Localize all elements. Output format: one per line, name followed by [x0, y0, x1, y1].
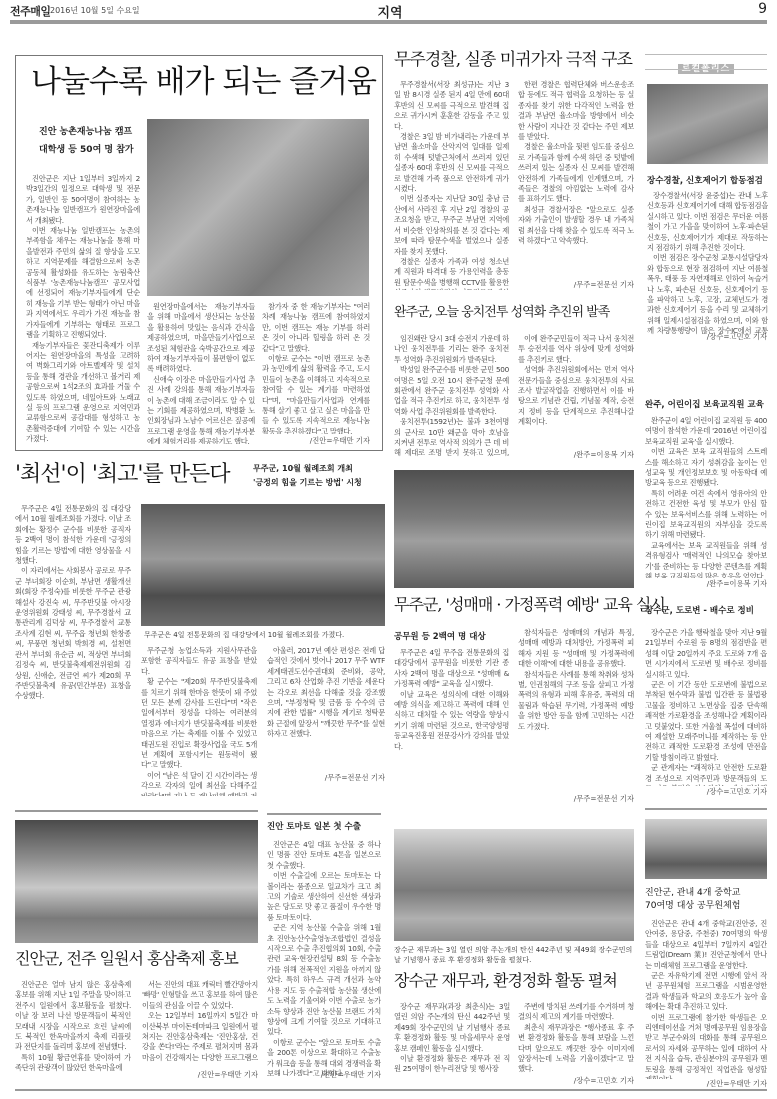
assembly-photo — [141, 504, 385, 626]
column-2: 이에 완주군민들이 적극 나서 웅치전투 승전지를 역사 위상에 맞게 성역화를… — [518, 334, 634, 449]
column-3: 참가자 중 한 재능기부자는 "여러 차례 재능나눔 캠프에 참여하였지만, 이… — [262, 302, 370, 434]
byline: /무주=전문선 기자 — [574, 794, 634, 804]
classroom-photo — [645, 819, 767, 879]
article-prevention: 무주군, '성매매 · 가정폭력 예방' 교육 실시 공무원 등 2백여 명 대… — [394, 594, 634, 809]
headline: 70여명 대상 공무원체험 — [645, 900, 767, 913]
body: 진안군은 4일 대표 농산물 중 하나인 명품 진안 토마토 4톤을 일본으로 … — [267, 840, 381, 1076]
headline: 완주군, 오늘 웅치전투 성역화 추진위 발족 — [394, 304, 634, 322]
byline: /완주=이용복 기자 — [707, 579, 767, 589]
article-childcare: 완주, 어린이집 보육교직원 교육 완주군이 4일 어린이집 교직원 등 400… — [645, 398, 767, 588]
headline: 나눌수록 배가 되는 즐거움 — [31, 62, 376, 102]
column-1: 무주군은 4일 전통문화의 집 대강당에서 10월 월례조회를 가졌다. 이날 … — [15, 504, 131, 779]
subhead: '긍정의 힘을 기르는 방법' 시청 — [253, 477, 362, 488]
issue-date: 2016년 10월 5일 수요일 — [50, 5, 140, 16]
subhead: 공무원 등 2백여 명 대상 — [394, 630, 486, 642]
column-2: 무주군청 농업소득과 지원사무관을 포함한 공직자들도 유공 표창을 받았다. … — [141, 646, 257, 796]
article-middle-school: 진안군, 관내 4개 중학교 70여명 대상 공무원체험 진안군은 관내 4개 … — [645, 887, 767, 1092]
byline: /완주=이용복 기자 — [574, 450, 634, 460]
article-tomato: 진안 토마토 일본 첫 수출 진안군은 4일 대표 농산물 중 하나인 명품 진… — [267, 820, 381, 1090]
column-3: 아울러, 2017년 예산 편성은 전례 답습적인 것에서 벗어나 2017 무… — [267, 646, 385, 771]
subhead: 대학생 등 50여 명 참가 — [39, 142, 134, 155]
column-1: 임진왜란 당시 3대 승전지 가운데 하나인 웅치전투를 기리는 완주 웅치전투… — [394, 334, 509, 459]
article-drainage: 장수군, 도로변 - 배수로 정비 장수군은 가을 행락철을 맞아 지난 9월 … — [645, 604, 767, 804]
column-1: 진안군은 지난 1일부터 3일까지 2박3일간의 일정으로 대학생 및 전문가,… — [26, 174, 140, 444]
page-number: 9 — [758, 1, 767, 17]
column-2: 주변에 방치된 쓰레기를 수거하며 청결의식 제고의 계기를 마련했다. 최춘식… — [518, 1002, 634, 1074]
local-police-photo — [647, 84, 768, 164]
headline: 장수군 재무과, 환경정화 활동 펼쳐 — [394, 970, 634, 992]
column-2: 원연장마을에서는 재능기부자들을 위해 마을에서 생산되는 농산물을 활용하여 … — [147, 302, 255, 444]
photo-caption: 장수군 재무과는 3일 열린 의암 주논개의 탄신 442주년 및 제49회 장… — [394, 945, 634, 965]
column-1: 무주군은 4일 무주읍 전통문화의 집 대강당에서 공무원을 비롯한 기관 종사… — [394, 648, 509, 803]
headline: 진안 토마토 일본 첫 수출 — [267, 820, 381, 832]
headline: 진안군, 관내 4개 중학교 — [645, 887, 767, 900]
subhead: 무주군, 10월 월례조회 개최 — [253, 463, 353, 474]
subhead: 진안 농촌재능나눔 캠프 — [39, 124, 132, 137]
article-camp: 나눌수록 배가 되는 즐거움 진안 농촌재능나눔 캠프 대학생 등 50여 명 … — [15, 55, 383, 451]
column-2: 한편 경찰은 협력단체와 버스운송조합 등에도 적극 협력을 요청하는 등 실종… — [518, 80, 634, 275]
bottom-rule — [15, 1089, 767, 1091]
masthead-rule — [10, 20, 767, 24]
photo-caption: 무주군은 4일 전통문화의 집 대강당에서 10월 월례조회를 가졌다. — [144, 630, 344, 640]
article-wanju-battle: 완주군, 오늘 웅치전투 성역화 추진위 발족 임진왜란 당시 3대 승전지 가… — [394, 304, 634, 464]
divider — [267, 813, 381, 815]
body: 진안군은 관내 4개 중학교(진안중, 진안여중, 용담중, 주천중) 70여명… — [645, 919, 767, 1079]
divider — [645, 808, 767, 810]
masthead: 전주매일 2016년 10월 5일 수요일 지역 9 — [10, 0, 767, 18]
paper-name: 전주매일 — [10, 3, 51, 19]
headline: 장수군, 도로변 - 배수로 정비 — [645, 604, 767, 616]
headline: 장수경찰, 신호제어기 합동점검 — [647, 174, 763, 186]
headline: '최선'이 '최고'를 만든다 — [15, 460, 229, 490]
column-1: 진안군은 얼마 남지 않은 홍삼축제 홍보를 위해 지난 1일 주말을 맞이하고… — [15, 980, 131, 1085]
column-1: 장수군 재무과(과장 최춘식)는 3일 열린 의암 주논개의 탄신 442주년 … — [394, 1002, 510, 1086]
headline: 진안군, 전주 일원서 홍삼축제 홍보 — [15, 948, 258, 970]
article-ginseng: 진안군, 전주 일원서 홍삼축제 홍보 진안군은 얼마 남지 않은 홍삼축제 홍… — [15, 948, 258, 1088]
column-2: 참석자들은 성매매의 개념과 특징, 성매매 예방과 대처방안, 가정폭력 피해… — [518, 628, 634, 793]
camp-photo — [147, 119, 369, 296]
byline: /장수=고민호 기자 — [574, 1076, 634, 1086]
byline: /무주=전문선 기자 — [325, 773, 385, 783]
section-title: 지역 — [350, 2, 430, 21]
festival-photo — [15, 820, 258, 943]
lecture-photo — [394, 470, 634, 588]
article-local-police: 로컬폴리스 장수경찰, 신호제어기 합동점검 장수경찰서(서장 윤중섭)는 관내… — [645, 54, 767, 344]
byline: /진안=우태만 기자 — [707, 1079, 767, 1089]
cleanup-photo — [394, 829, 634, 941]
headline: 무주경찰, 실종 미귀가자 극적 구조 — [394, 48, 634, 72]
byline: /장수=고민호 기자 — [707, 787, 767, 797]
byline: /진안=우태만 기자 — [310, 436, 370, 446]
body: 장수경찰서(서장 윤중섭)는 관내 노후 신호등과 신호제어기에 대해 합동점검… — [647, 191, 768, 336]
byline: /무주=전문선 기자 — [574, 280, 634, 290]
headline: 완주, 어린이집 보육교직원 교육 — [645, 398, 767, 410]
byline: /진안=우태만 기자 — [198, 1070, 258, 1080]
byline: /장수=고민호 기자 — [707, 332, 767, 342]
body: 완주군이 4일 어린이집 교직원 등 400여명이 참석한 가운데 '2016년… — [645, 416, 767, 578]
headline: 무주군, '성매매 · 가정폭력 예방' 교육 실시 — [394, 594, 634, 616]
article-jangsu-cleanup: 장수군 재무과, 환경정화 활동 펼쳐 장수군 재무과(과장 최춘식)는 3일 … — [394, 970, 634, 1090]
body: 장수군은 가을 행락철을 맞아 지난 9월 21일부터 수로원 등 8명의 점검… — [645, 628, 767, 786]
divider — [15, 810, 258, 812]
column-2: 서는 진안의 대표 캐릭터 빨간망아지 '빠망' 인형탈을 쓰고 홍보를 하여 … — [142, 980, 258, 1062]
article-best: '최선'이 '최고'를 만든다 무주군, 10월 월례조회 개최 '긍정의 힘을… — [15, 460, 385, 800]
byline: /진안=우태만 기자 — [321, 1070, 381, 1080]
article-police: 무주경찰, 실종 미귀가자 극적 구조 무주경찰서(서장 최성규)는 지난 3일… — [394, 48, 634, 293]
column-1: 무주경찰서(서장 최성규)는 지난 3일 밤 8시경 실종 된지 4일 만에 6… — [394, 80, 509, 290]
